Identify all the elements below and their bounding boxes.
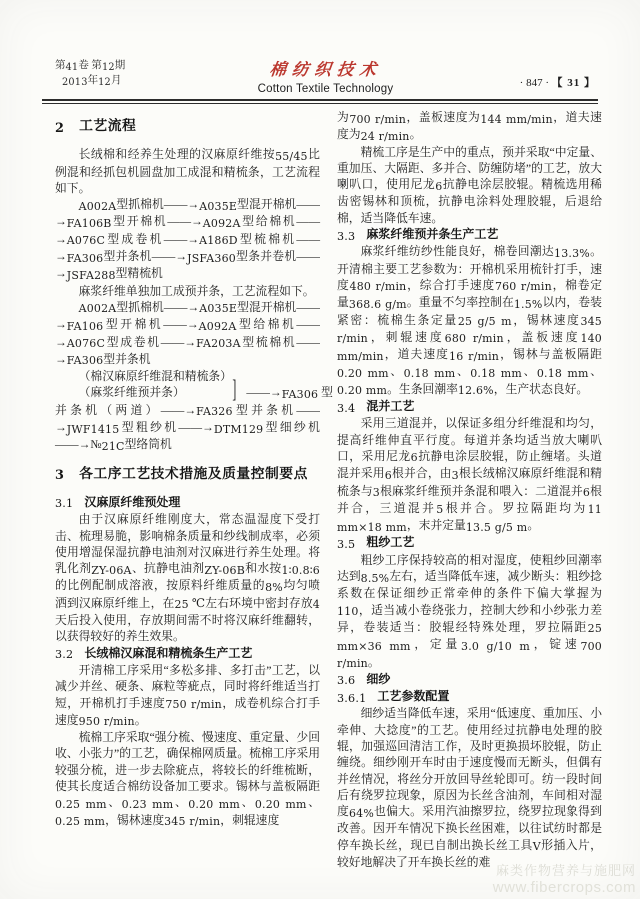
watermark: 麻类作物营养与施肥网 www.fibercrops.com (493, 860, 636, 896)
header-rule (42, 99, 598, 104)
flow-chart-comber-line: A002A型抓棉机——→A035E型混开棉机——→FA106B型开棉机——→A0… (55, 196, 320, 282)
watermark-site-name: 麻类作物营养与施肥网 (493, 860, 636, 879)
paragraph-3-2-carding: 梳棉工序采取“强分梳、慢速度、重定量、少回收、小张力”的工艺，确保棉网质量。梳棉… (55, 729, 320, 829)
subsection-number: 3.5 (337, 535, 355, 549)
paragraph-predrawing-intro: 麻浆纤维单独加工成预并条，工艺流程如下。 (55, 283, 320, 299)
journal-name-en: Cotton Textile Technology (258, 83, 394, 95)
article-tag: 【 31 】 (557, 77, 596, 89)
journal-title-block: 棉纺织技术 Cotton Textile Technology (258, 56, 394, 95)
left-column: 2工艺流程 长绒棉和经养生处理的汉麻原纤维按55/45比例混和经抓包机圆盘加工成… (55, 109, 320, 870)
subsection-3-2-heading: 3.2长绒棉汉麻混和精梳条生产工艺 (55, 645, 320, 662)
article-body: 2工艺流程 长绒棉和经养生处理的汉麻原纤维按55/45比例混和经抓包机圆盘加工成… (55, 109, 602, 870)
subsection-3-4-heading: 3.4混并工艺 (337, 398, 602, 415)
flow-chart-pulp-fiber-line: A002A型抓棉机——→A035E型混开棉机——→FA106型开棉机——→A09… (55, 299, 320, 368)
subsection-number: 3.1 (55, 495, 73, 509)
subsection-number: 3.6.1 (337, 689, 366, 703)
subsection-title: 混并工艺 (366, 399, 414, 413)
section-3-heading: 3各工序工艺技术措施及质量控制要点 (55, 466, 320, 483)
flow-merge-bracket-group: （棉汉麻原纤维混和精梳条） （麻浆纤维预并条）]——→FA306 型 (55, 368, 320, 402)
subsection-3-6-1-heading: 3.6.1工艺参数配置 (337, 688, 602, 705)
subsection-title: 细纱 (366, 672, 390, 686)
subsection-number: 3.3 (337, 227, 355, 241)
subsection-title: 工艺参数配置 (377, 689, 449, 703)
paragraph-3-6-1-body: 细纱适当降低车速，采用“低速度、重加压、小牵伸、大捻度”的工艺。使用经过抗静电处… (337, 705, 602, 870)
subsection-title: 麻浆纤维预并条生产工艺 (366, 227, 498, 241)
subsection-3-6-heading: 3.6细纱 (337, 671, 602, 688)
paragraph-combing: 精梳工序是生产中的重点，预并采取“中定量、重加压、大隔距、多并合、防缠防堵”的工… (337, 144, 602, 226)
paragraph-3-5-body: 粗纱工序保持较高的相对湿度，使粗纱回潮率达到8.5%左右，适当降低车速，减少断头… (337, 552, 602, 671)
paragraph-3-4-body: 采用三道混并，以保证多组分纤维混和均匀，提高纤维伸直平行度。每道并条均适当放大喇… (337, 415, 602, 534)
paragraph-3-2-opening: 开清棉工序采用“多松多排、多打击”工艺，以减少并丝、硬条、麻粒等疵点，同时将纤维… (55, 662, 320, 729)
paragraph-process-intro: 长绒棉和经养生处理的汉麻原纤维按55/45比例混和经抓包机圆盘加工成混和精梳条，… (55, 146, 320, 196)
flow-chart-final-line: 并条机（两道）——→FA326型并条机——→JWF1415型粗纱机——→DTM1… (55, 402, 320, 454)
subsection-title: 粗纱工艺 (366, 535, 414, 549)
bracket-input-2-row: （麻浆纤维预并条）]——→FA306 型 (55, 384, 320, 401)
subsection-title: 汉麻原纤维预处理 (84, 495, 180, 509)
publication-date: 2013年12月 (55, 73, 125, 88)
journal-logo-cn: 棉纺织技术 (256, 56, 395, 80)
watermark-site-url: www.fibercrops.com (493, 879, 636, 896)
subsection-title: 长绒棉汉麻混和精梳条生产工艺 (84, 646, 252, 660)
page-number: · 847 · (520, 77, 549, 89)
section-title: 工艺流程 (79, 118, 136, 133)
paragraph-3-3-body: 麻浆纤维纺纱性能良好，棉卷回潮达13.3%。开清棉主要工艺参数为：开棉机采用梳针… (337, 243, 602, 398)
subsection-3-3-heading: 3.3麻浆纤维预并条生产工艺 (337, 226, 602, 243)
section-number: 3 (55, 466, 64, 481)
subsection-number: 3.2 (55, 646, 73, 660)
bracket-input-1: （棉汉麻原纤维混和精梳条） (55, 368, 320, 384)
subsection-number: 3.6 (337, 672, 355, 686)
paragraph-carding-continuation: 为700 r/min，盖板速度为144 mm/min，道夫速度为24 r/min… (337, 109, 602, 144)
merge-bracket: ] (209, 372, 237, 407)
subsection-3-5-heading: 3.5粗纱工艺 (337, 534, 602, 551)
issue-info: 第41卷 第12期 2013年12月 (55, 58, 125, 88)
bracket-input-2: （麻浆纤维预并条） (79, 385, 185, 399)
journal-header: 第41卷 第12期 2013年12月 棉纺织技术 Cotton Textile … (55, 56, 596, 98)
section-2-heading: 2工艺流程 (55, 118, 320, 135)
right-column: 为700 r/min，盖板速度为144 mm/min，道夫速度为24 r/min… (337, 109, 602, 870)
bracket-arrow-target: ——→FA306 型 (246, 385, 333, 399)
section-title: 各工序工艺技术措施及质量控制要点 (79, 466, 308, 481)
journal-scan-page: 第41卷 第12期 2013年12月 棉纺织技术 Cotton Textile … (0, 0, 640, 899)
paragraph-3-1-body: 由于汉麻原纤维刚度大，常态温湿度下受打击、梳理易脆，影响棉条质量和纱线制成率，必… (55, 511, 320, 644)
subsection-3-1-heading: 3.1汉麻原纤维预处理 (55, 494, 320, 511)
subsection-number: 3.4 (337, 399, 355, 413)
volume-issue: 第41卷 第12期 (55, 58, 125, 73)
section-number: 2 (55, 118, 64, 133)
page-info: · 847 ·【 31 】 (520, 74, 596, 90)
